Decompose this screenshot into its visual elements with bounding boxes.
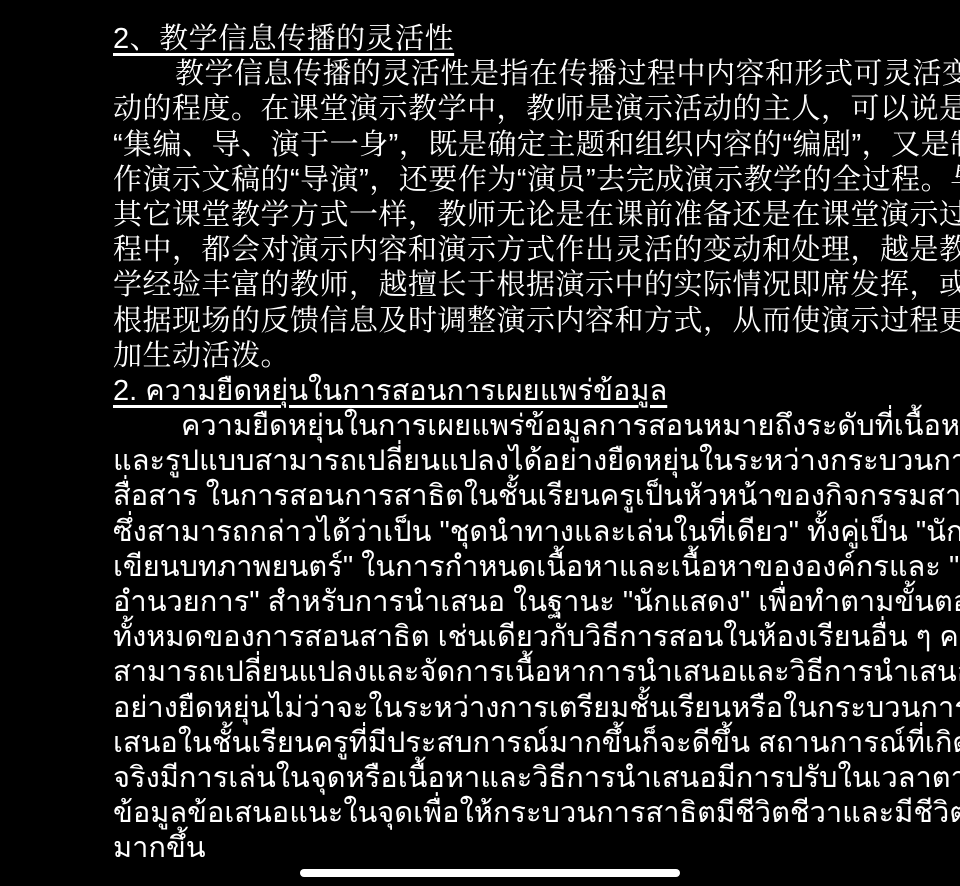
text-line: ข้อมูลข้อเสนอแนะในจุดเพื่อให้กระบวนการสา… — [113, 796, 903, 831]
text-line: อำนวยการ" สำหรับการนำเสนอ ในฐานะ "นักแสด… — [113, 585, 903, 620]
document-page: 2、教学信息传播的灵活性 教学信息传播的灵活性是指在传播过程中内容和形式可灵活变… — [0, 0, 960, 886]
text-line: 作演示文稿的“导演”，还要作为“演员”去完成演示教学的全过程。与 — [113, 163, 903, 198]
text-line: “集编、导、演于一身”，既是确定主题和组织内容的“编剧”，又是制 — [113, 128, 903, 163]
text-line: อย่างยืดหยุ่นไม่ว่าจะในระหว่างการเตรียมช… — [113, 691, 903, 726]
home-indicator[interactable] — [300, 869, 680, 877]
text-line: เสนอในชั้นเรียนครูที่มีประสบการณ์มากขึ้น… — [113, 726, 903, 761]
text-line: 动的程度。在课堂演示教学中，教师是演示活动的主人，可以说是 — [113, 92, 903, 127]
text-line: ซึ่งสามารถกล่าวได้ว่าเป็น "ชุดนำทางและเล… — [113, 515, 903, 550]
text-line: ความยืดหยุ่นในการเผยแพร่ข้อมูลการสอนหมาย… — [113, 409, 903, 444]
text-line: เขียนบทภาพยนตร์" ในการกำหนดเนื้อหาและเนื… — [113, 550, 903, 585]
text-line: 其它课堂教学方式一样，教师无论是在课前准备还是在课堂演示过 — [113, 198, 903, 233]
text-line: 加生动活泼。 — [113, 339, 903, 374]
chinese-heading: 2、教学信息传播的灵活性 — [113, 22, 903, 57]
thai-section: 2. ความยืดหยุ่นในการสอนการเผยแพร่ข้อมูล … — [113, 374, 903, 867]
text-line: สื่อสาร ในการสอนการสาธิตในชั้นเรียนครูเป… — [113, 479, 903, 514]
chinese-heading-text: 2、教学信息传播的灵活性 — [113, 23, 454, 55]
thai-heading-text: 2. ความยืดหยุ่นในการสอนการเผยแพร่ข้อมูล — [113, 375, 667, 407]
text-line: 学经验丰富的教师，越擅长于根据演示中的实际情况即席发挥，或 — [113, 268, 903, 303]
text-line: ทั้งหมดของการสอนสาธิต เช่นเดียวกับวิธีกา… — [113, 620, 903, 655]
text-line: จริงมีการเล่นในจุดหรือเนื้อหาและวิธีการน… — [113, 761, 903, 796]
document-content: 2、教学信息传播的灵活性 教学信息传播的灵活性是指在传播过程中内容和形式可灵活变… — [113, 22, 903, 867]
text-line: 根据现场的反馈信息及时调整演示内容和方式，从而使演示过程更 — [113, 304, 903, 339]
thai-heading: 2. ความยืดหยุ่นในการสอนการเผยแพร่ข้อมูล — [113, 374, 903, 409]
text-line: และรูปแบบสามารถเปลี่ยนแปลงได้อย่างยืดหยุ… — [113, 444, 903, 479]
text-line: มากขึ้น — [113, 831, 903, 866]
text-line: 教学信息传播的灵活性是指在传播过程中内容和形式可灵活变 — [113, 57, 903, 92]
text-line: 程中，都会对演示内容和演示方式作出灵活的变动和处理，越是教 — [113, 233, 903, 268]
text-line: สามารถเปลี่ยนแปลงและจัดการเนื้อหาการนำเส… — [113, 655, 903, 690]
chinese-section: 2、教学信息传播的灵活性 教学信息传播的灵活性是指在传播过程中内容和形式可灵活变… — [113, 22, 903, 374]
